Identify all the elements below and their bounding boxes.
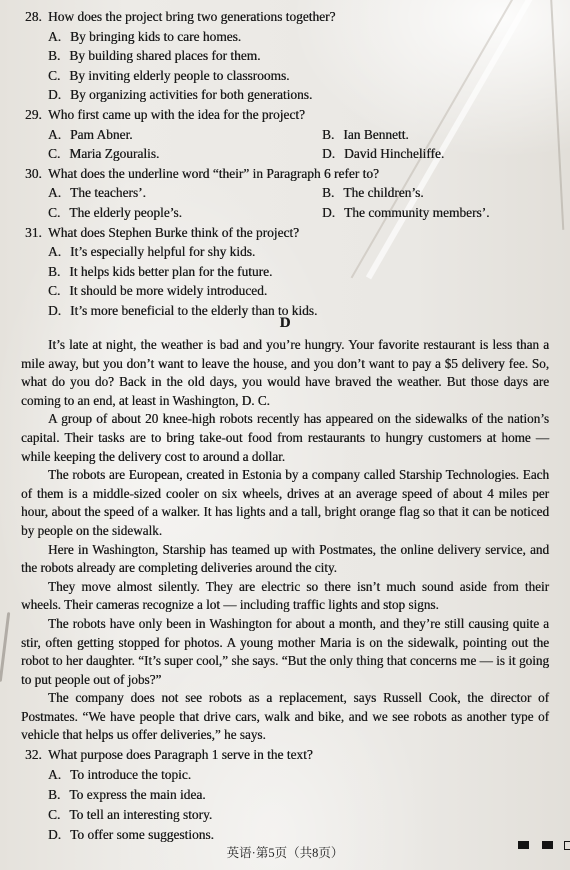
option-text: The children’s. <box>343 183 423 203</box>
option-text: To tell an interesting story. <box>69 805 212 825</box>
registration-mark <box>564 841 570 850</box>
option-label: D. <box>322 144 335 164</box>
option-label: C. <box>48 66 60 86</box>
option-31-b: B. It helps kids better plan for the fut… <box>25 262 551 282</box>
page-footer: 英语·第5页（共8页） <box>0 843 570 861</box>
option-text: The teachers’. <box>70 183 146 203</box>
option-label: C. <box>48 203 60 223</box>
passage-paragraph: The robots are European, created in Esto… <box>21 466 549 540</box>
option-text: To express the main idea. <box>69 785 205 805</box>
question-number: 28. <box>25 7 48 27</box>
option-28-a: A. By bringing kids to care homes. <box>25 27 551 47</box>
option-text: It should be more widely introduced. <box>69 281 267 301</box>
option-32-b: B. To express the main idea. <box>25 785 551 805</box>
question-number: 32. <box>25 745 48 765</box>
option-text: Pam Abner. <box>70 125 133 145</box>
question-text: How does the project bring two generatio… <box>48 7 551 27</box>
question-number: 31. <box>25 223 48 243</box>
question-32: 32. What purpose does Paragraph 1 serve … <box>25 745 551 845</box>
paper-crease <box>0 612 10 682</box>
option-label: B. <box>48 785 60 805</box>
passage-paragraph: Here in Washington, Starship has teamed … <box>21 541 549 578</box>
question-text: What does the underline word “their” in … <box>48 164 551 184</box>
paper-crease <box>550 0 565 230</box>
option-text: The community members’. <box>344 203 489 223</box>
option-label: B. <box>322 183 334 203</box>
question-29: 29. Who first came up with the idea for … <box>25 105 551 164</box>
passage-paragraph: A group of about 20 knee-high robots rec… <box>21 410 549 466</box>
passage-paragraph: They move almost silently. They are elec… <box>21 578 549 615</box>
option-28-c: C. By inviting elderly people to classro… <box>25 66 551 86</box>
option-text: Ian Bennett. <box>343 125 408 145</box>
option-text: By inviting elderly people to classrooms… <box>69 66 289 86</box>
option-label: B. <box>48 46 60 66</box>
option-30-a: A. The teachers’. <box>48 183 322 203</box>
question-text: What purpose does Paragraph 1 serve in t… <box>48 745 551 765</box>
registration-mark <box>518 841 529 849</box>
option-30-b: B. The children’s. <box>322 183 551 203</box>
passage-paragraph: The company does not see robots as a rep… <box>21 689 549 745</box>
option-label: D. <box>322 203 335 223</box>
option-29-c: C. Maria Zgouralis. <box>48 144 322 164</box>
option-label: C. <box>48 281 60 301</box>
option-label: B. <box>322 125 334 145</box>
option-32-d: D. To offer some suggestions. <box>25 825 551 845</box>
option-text: David Hincheliffe. <box>344 144 444 164</box>
option-28-b: B. By building shared places for them. <box>25 46 551 66</box>
option-label: A. <box>48 27 61 47</box>
passage-paragraph: It’s late at night, the weather is bad a… <box>21 336 549 410</box>
option-32-a: A. To introduce the topic. <box>25 765 551 785</box>
question-number: 29. <box>25 105 48 125</box>
option-text: Maria Zgouralis. <box>69 144 159 164</box>
option-label: D. <box>48 825 61 845</box>
option-label: D. <box>48 85 61 105</box>
option-28-d: D. By organizing activities for both gen… <box>25 85 551 105</box>
option-text: By organizing activities for both genera… <box>70 85 312 105</box>
section-heading-d: D <box>0 315 570 332</box>
option-30-d: D. The community members’. <box>322 203 551 223</box>
option-label: B. <box>48 262 60 282</box>
registration-mark <box>542 841 553 849</box>
option-label: C. <box>48 144 60 164</box>
question-number: 30. <box>25 164 48 184</box>
option-label: A. <box>48 242 61 262</box>
question-28: 28. How does the project bring two gener… <box>25 7 551 105</box>
option-29-a: A. Pam Abner. <box>48 125 322 145</box>
option-31-a: A. It’s especially helpful for shy kids. <box>25 242 551 262</box>
option-label: C. <box>48 805 60 825</box>
option-text: By building shared places for them. <box>69 46 260 66</box>
question-30: 30. What does the underline word “their”… <box>25 164 551 223</box>
option-text: To introduce the topic. <box>70 765 191 785</box>
option-text: By bringing kids to care homes. <box>70 27 241 47</box>
option-text: To offer some suggestions. <box>70 825 214 845</box>
option-label: A. <box>48 183 61 203</box>
option-text: It helps kids better plan for the future… <box>69 262 272 282</box>
question-31: 31. What does Stephen Burke think of the… <box>25 223 551 321</box>
question-text: Who first came up with the idea for the … <box>48 105 551 125</box>
option-label: A. <box>48 765 61 785</box>
option-29-b: B. Ian Bennett. <box>322 125 551 145</box>
option-31-c: C. It should be more widely introduced. <box>25 281 551 301</box>
option-label: A. <box>48 125 61 145</box>
question-text: What does Stephen Burke think of the pro… <box>48 223 551 243</box>
option-29-d: D. David Hincheliffe. <box>322 144 551 164</box>
option-32-c: C. To tell an interesting story. <box>25 805 551 825</box>
option-30-c: C. The elderly people’s. <box>48 203 322 223</box>
question-block-28-31: 28. How does the project bring two gener… <box>25 7 551 321</box>
option-text: The elderly people’s. <box>69 203 182 223</box>
option-text: It’s especially helpful for shy kids. <box>70 242 255 262</box>
reading-passage: It’s late at night, the weather is bad a… <box>21 336 549 745</box>
passage-paragraph: The robots have only been in Washington … <box>21 615 549 689</box>
